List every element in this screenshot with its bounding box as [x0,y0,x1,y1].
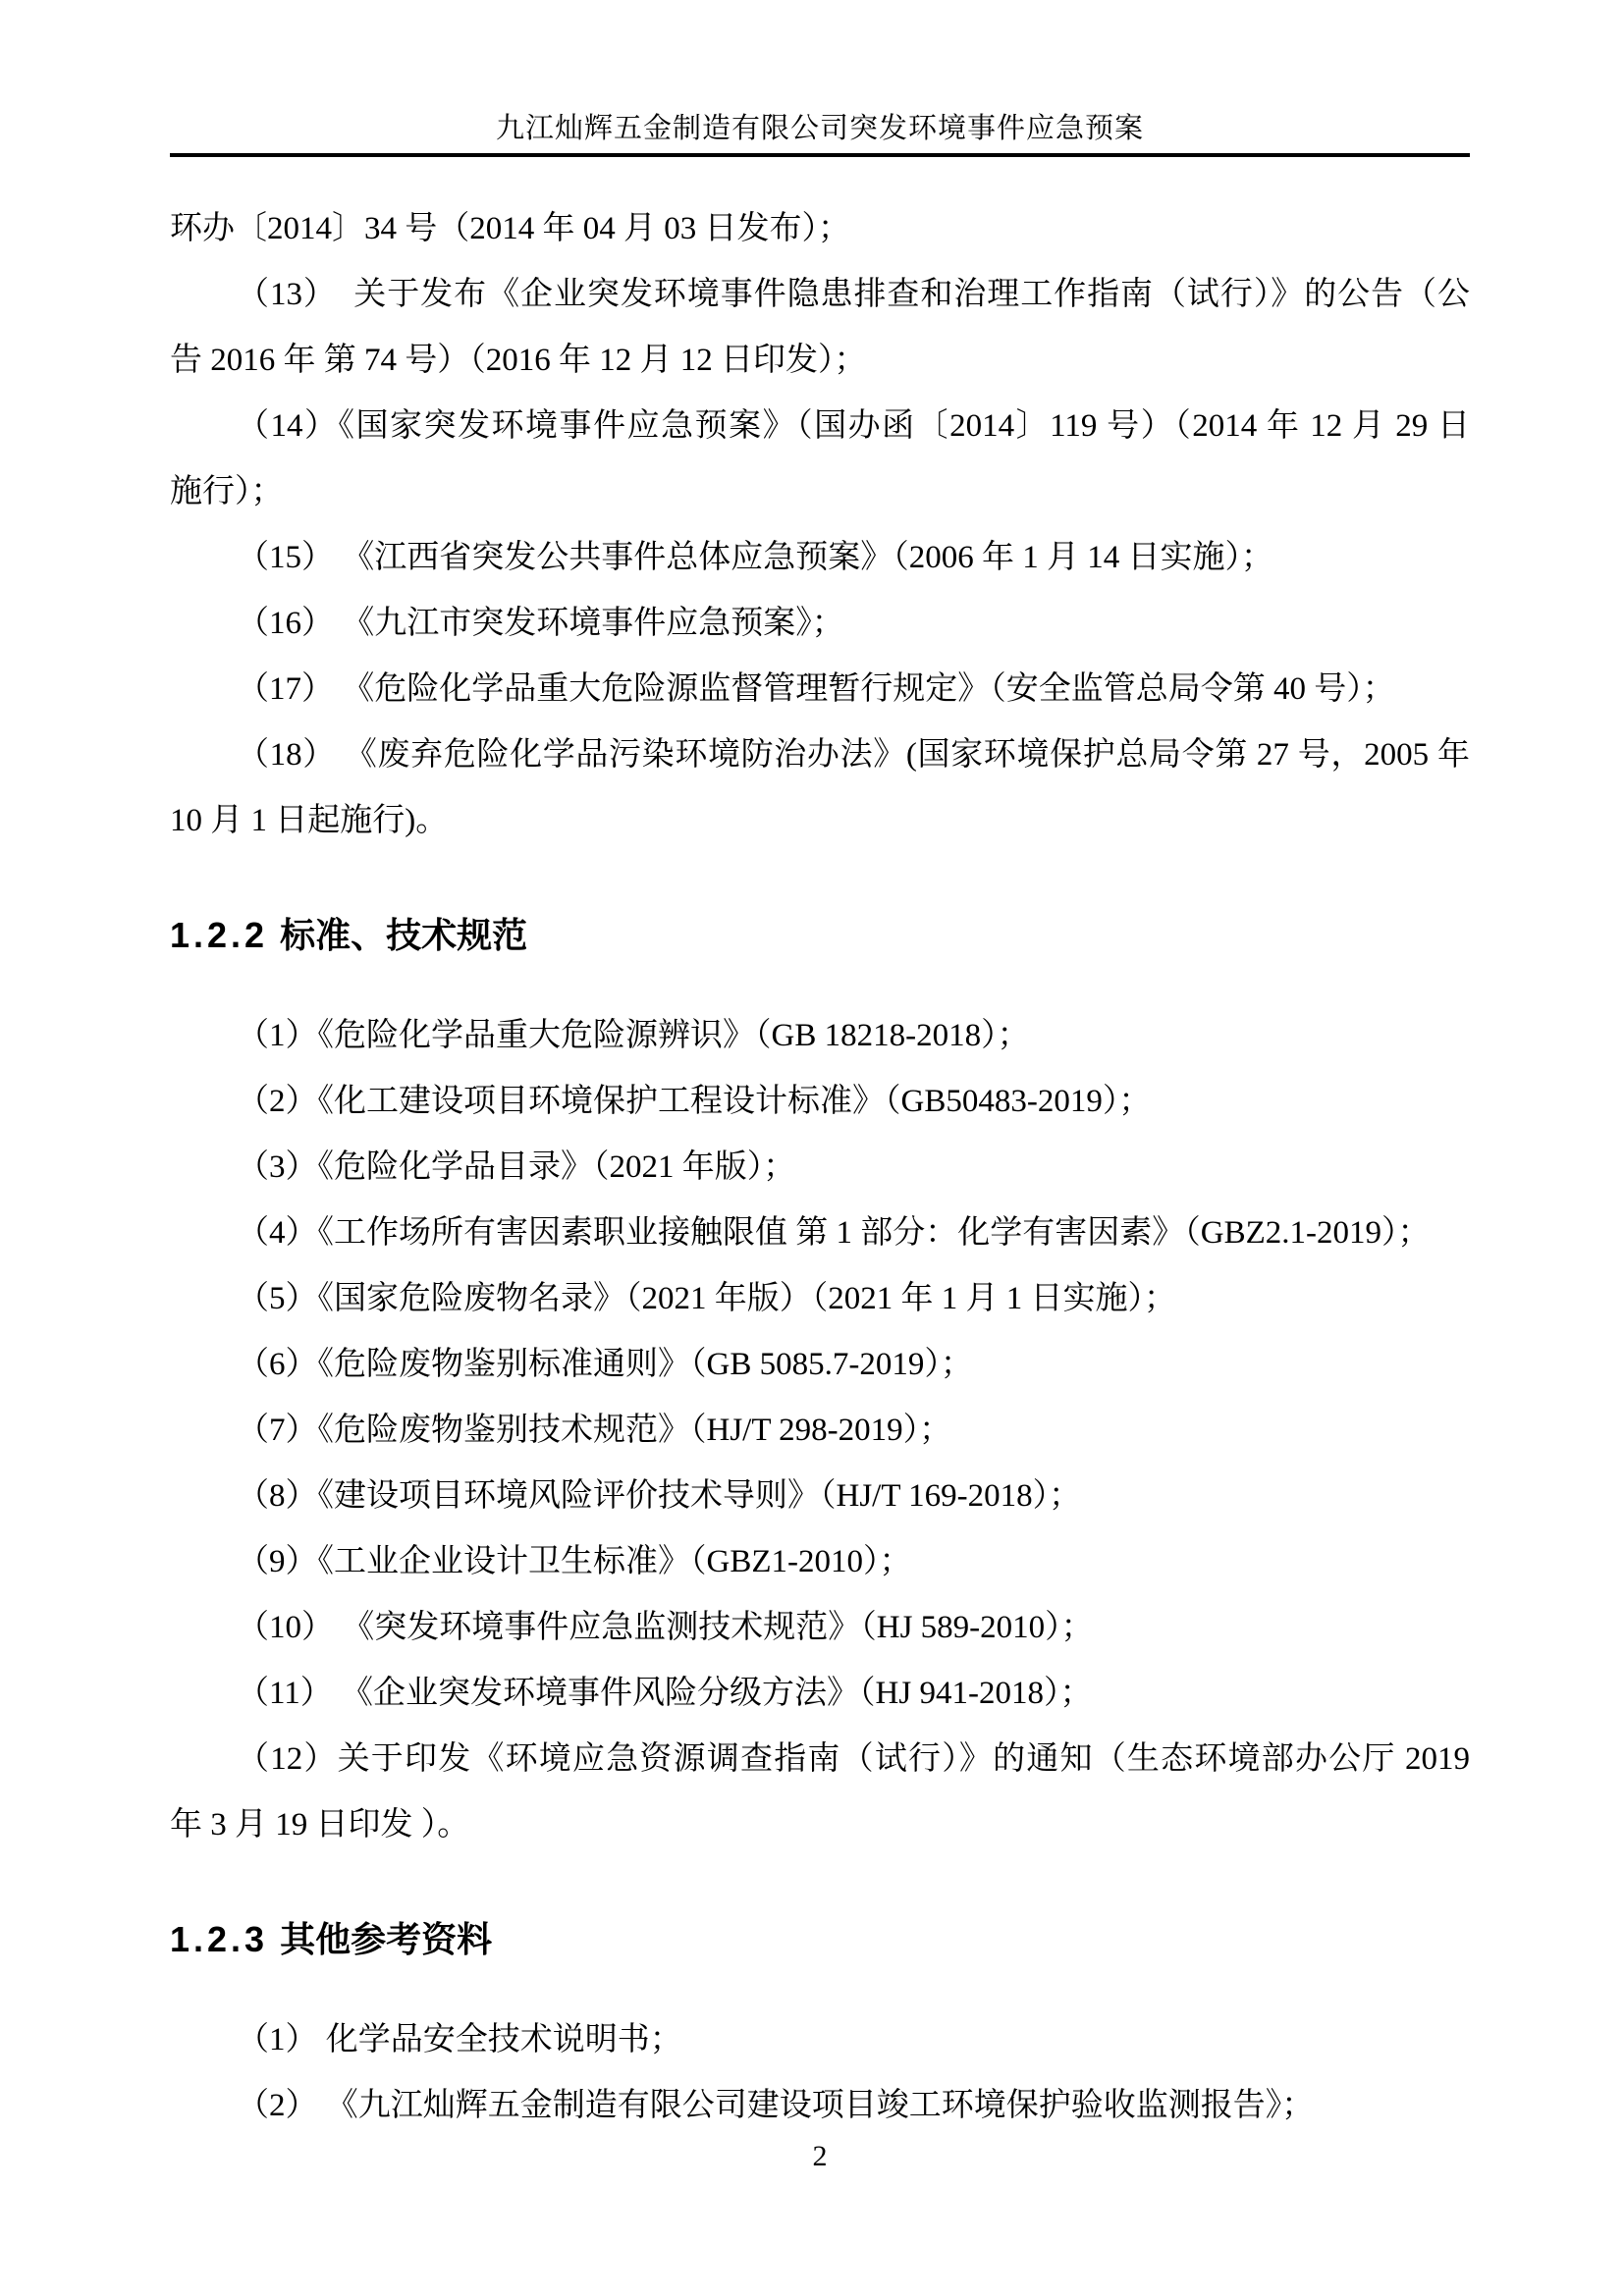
paragraph-line: （13） 关于发布《企业突发环境事件隐患排查和治理工作指南（试行）》的公告（公 [170,262,1470,328]
paragraph-line: （1）《危险化学品重大危险源辨识》（GB 18218-2018）； [170,1003,1470,1069]
paragraph-line: 环办〔2014〕34 号（2014 年 04 月 03 日发布）； [170,196,1470,262]
paragraph-line: （3）《危险化学品目录》（2021 年版）； [170,1135,1470,1201]
paragraph-line: （2） 《九江灿辉五金制造有限公司建设项目竣工环境保护验收监测报告》； [170,2073,1470,2139]
paragraph-line: （6）《危险废物鉴别标准通则》（GB 5085.7-2019）； [170,1332,1470,1398]
header-title: 九江灿辉五金制造有限公司突发环境事件应急预案 [170,108,1470,149]
paragraph-line: 年 3 月 19 日印发 ）。 [170,1792,1470,1858]
paragraph-line: （11） 《企业突发环境事件风险分级方法》（HJ 941-2018）； [170,1661,1470,1727]
heading-number: 1.2.2 [170,915,268,955]
paragraph-line: 施行）； [170,459,1470,525]
paragraph-line: （1） 化学品安全技术说明书； [170,2007,1470,2073]
paragraph-line: （10） 《突发环境事件应急监测技术规范》（HJ 589-2010）； [170,1595,1470,1661]
page-number: 2 [170,2132,1470,2181]
paragraph-line: （18） 《废弃危险化学品污染环境防治办法》(国家环境保护总局令第 27 号，2… [170,722,1470,788]
section-heading: 1.2.3其他参考资料 [170,1906,1470,1972]
paragraph-line: （5）《国家危险废物名录》（2021 年版）（2021 年 1 月 1 日实施）… [170,1266,1470,1332]
heading-title: 其他参考资料 [280,1919,492,1959]
paragraph-line: （8）《建设项目环境风险评价技术导则》（HJ/T 169-2018）； [170,1464,1470,1529]
paragraph-line: （15） 《江西省突发公共事件总体应急预案》（2006 年 1 月 14 日实施… [170,525,1470,591]
document-body: 环办〔2014〕34 号（2014 年 04 月 03 日发布）；（13） 关于… [170,196,1470,2139]
section-heading: 1.2.2标准、技术规范 [170,902,1470,968]
heading-title: 标准、技术规范 [280,915,527,955]
heading-number: 1.2.3 [170,1919,268,1959]
paragraph-line: （12）关于印发《环境应急资源调查指南（试行）》的通知（生态环境部办公厅 201… [170,1727,1470,1792]
paragraph-line: （4）《工作场所有害因素职业接触限值 第 1 部分：化学有害因素》（GBZ2.1… [170,1201,1470,1266]
paragraph-line: （9）《工业企业设计卫生标准》（GBZ1-2010）； [170,1529,1470,1595]
header-rule [170,153,1470,157]
paragraph-line: 10 月 1 日起施行)。 [170,788,1470,854]
paragraph-line: （14）《国家突发环境事件应急预案》（国办函〔2014〕119 号）（2014 … [170,394,1470,459]
paragraph-line: （16） 《九江市突发环境事件应急预案》； [170,591,1470,657]
paragraph-line: 告 2016 年 第 74 号）（2016 年 12 月 12 日印发）； [170,328,1470,394]
paragraph-line: （7）《危险废物鉴别技术规范》（HJ/T 298-2019）； [170,1398,1470,1464]
document-page: 九江灿辉五金制造有限公司突发环境事件应急预案 环办〔2014〕34 号（2014… [0,0,1624,2296]
paragraph-line: （17） 《危险化学品重大危险源监督管理暂行规定》（安全监管总局令第 40 号）… [170,657,1470,722]
paragraph-line: （2）《化工建设项目环境保护工程设计标准》（GB50483-2019）； [170,1069,1470,1135]
